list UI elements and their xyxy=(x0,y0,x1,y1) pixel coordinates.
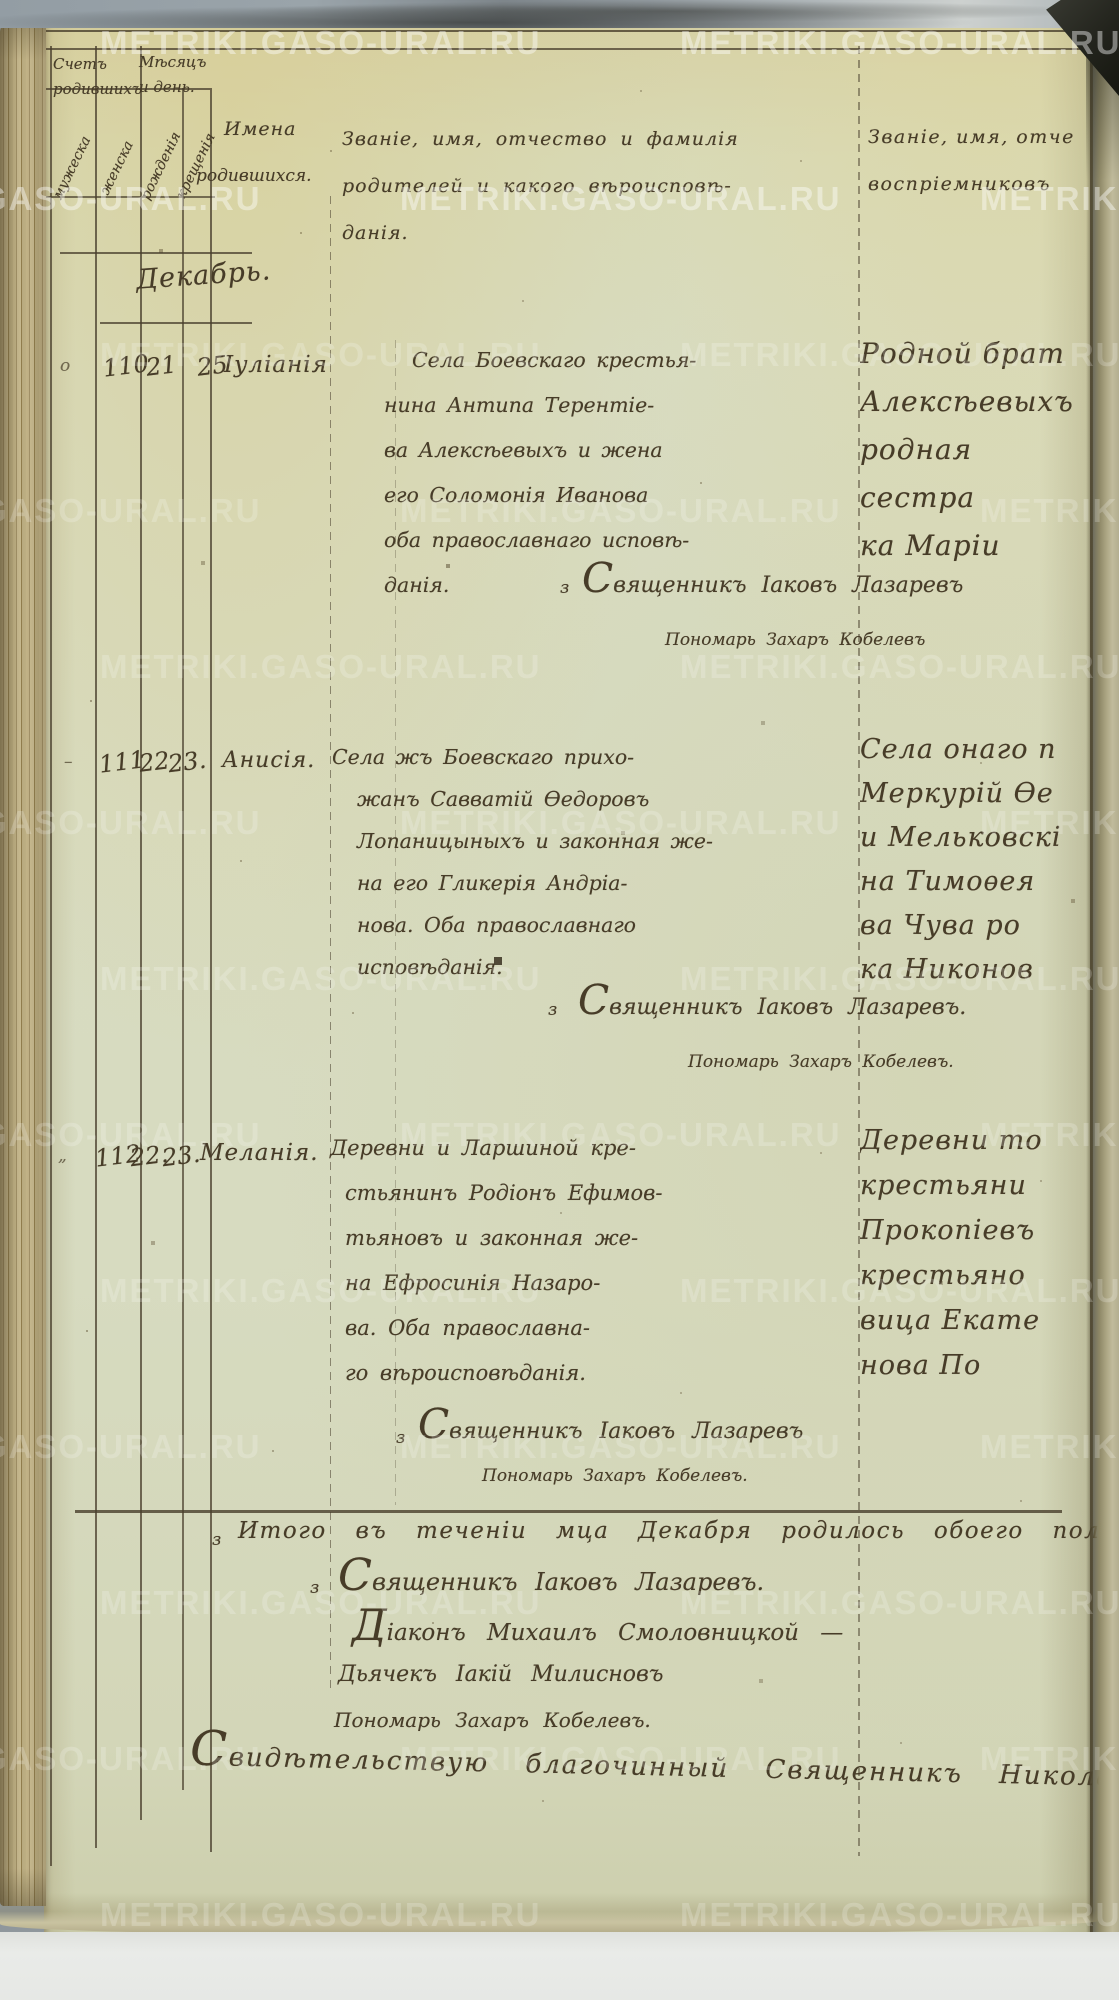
watermark-text: METRIKI.GASO-URAL.RU xyxy=(100,24,541,62)
table-rule-line xyxy=(95,46,97,1848)
parents-cell: Села жъ Боевскаго прихо- жанъ Савватій Ѳ… xyxy=(332,736,857,988)
watermark-text: METRIKI.GASO-URAL.RU xyxy=(100,1584,541,1622)
parents-cell: Деревни и Ларшиной кре- стьянинъ Родіонъ… xyxy=(330,1126,845,1396)
watermark-text: METRIKI.GASO-URAL.RU xyxy=(680,336,1119,374)
watermark-text: METRIKI.GASO-URAL.RU xyxy=(980,1428,1119,1466)
table-rule-line xyxy=(60,252,252,254)
summary-total-mark: з xyxy=(212,1530,221,1550)
watermark-text: METRIKI.GASO-URAL.RU xyxy=(400,804,841,842)
godparents-cell: Села онаго п Меркурій Ѳе и Мельковскі на… xyxy=(860,728,1092,992)
watermark-text: METRIKI.GASO-URAL.RU xyxy=(0,180,261,218)
watermark-text: METRIKI.GASO-URAL.RU xyxy=(0,1428,261,1466)
page-right-edge xyxy=(1086,22,1119,1994)
watermark-text: METRIKI.GASO-URAL.RU xyxy=(0,1116,261,1154)
watermark-text: METRIKI.GASO-URAL.RU xyxy=(400,1740,841,1778)
book-binding-edge xyxy=(0,22,46,1906)
watermark-text: METRIKI.GASO-URAL.RU xyxy=(680,1584,1119,1622)
summary-dyachek-signature: Дьячекъ Іакій Милисновъ xyxy=(338,1662,663,1687)
priest-signature: Священникъ Іаковъ Лазаревъ xyxy=(582,564,963,598)
summary-ponomar-signature: Пономарь Захаръ Кобелевъ. xyxy=(334,1708,651,1732)
watermark-text: METRIKI.GASO-URAL.RU xyxy=(680,960,1119,998)
table-rule-line xyxy=(100,322,252,324)
baptism-day-cell: 23. xyxy=(166,746,207,778)
watermark-text: METRIKI.GASO-URAL.RU xyxy=(0,804,261,842)
watermark-text: METRIKI.GASO-URAL.RU xyxy=(400,180,841,218)
signature-mark: з xyxy=(548,1000,557,1020)
summary-total-line: Итого въ теченіи мца Декабря родилось об… xyxy=(238,1518,1100,1544)
watermark-text: METRIKI.GASO-URAL.RU xyxy=(680,1896,1119,1934)
ponomar-signature: Пономарь Захаръ Кобелевъ. xyxy=(482,1466,748,1486)
table-rule-line xyxy=(140,46,142,1820)
margin-mark: о xyxy=(60,356,70,376)
background-bottom-strip xyxy=(0,1932,1119,2000)
name-cell: Анисія. xyxy=(222,748,315,773)
watermark-text: METRIKI.GASO-URAL.RU xyxy=(980,804,1119,842)
watermark-text: METRIKI.GASO-URAL.RU xyxy=(980,1116,1119,1154)
watermark-text: METRIKI.GASO-URAL.RU xyxy=(400,1116,841,1154)
watermark-text: METRIKI.GASO-URAL.RU xyxy=(680,1272,1119,1310)
watermark-text: METRIKI.GASO-URAL.RU xyxy=(680,24,1119,62)
watermark-text: METRIKI.GASO-URAL.RU xyxy=(400,1428,841,1466)
watermark-text: METRIKI.GASO-URAL.RU xyxy=(0,1740,261,1778)
ponomar-signature: Пономарь Захаръ Кобелевъ xyxy=(665,630,925,650)
watermark-text: METRIKI.GASO-URAL.RU xyxy=(980,1740,1119,1778)
watermark-text: METRIKI.GASO-URAL.RU xyxy=(400,492,841,530)
table-rule-line xyxy=(75,1510,1062,1513)
table-rule-line xyxy=(50,46,52,1866)
godparents-cell: Деревни то крестьяни Прокопіевъ крестьян… xyxy=(860,1118,1092,1388)
watermark-text: METRIKI.GASO-URAL.RU xyxy=(680,648,1119,686)
watermark-text: METRIKI.GASO-URAL.RU xyxy=(100,1896,541,1934)
table-rule-line xyxy=(330,196,331,1690)
watermark-text: METRIKI.GASO-URAL.RU xyxy=(100,960,541,998)
signature-mark: з xyxy=(560,578,569,598)
watermark-text: METRIKI.GASO-URAL.RU xyxy=(100,336,541,374)
watermark-text: METRIKI.GASO-URAL.RU xyxy=(100,648,541,686)
metric-book-scan: Счетъ родившихъ Мѣсяцъ и день. мужеска ж… xyxy=(0,0,1119,2000)
watermark-text: METRIKI.GASO-URAL.RU xyxy=(0,492,261,530)
watermark-text: METRIKI.GASO-URAL.RU xyxy=(980,180,1119,218)
watermark-text: METRIKI.GASO-URAL.RU xyxy=(100,1272,541,1310)
watermark-text: METRIKI.GASO-URAL.RU xyxy=(980,492,1119,530)
ponomar-signature: Пономарь Захаръ Кобелевъ. xyxy=(688,1052,954,1072)
margin-mark: – xyxy=(64,752,73,772)
header-names-title-1: Имена xyxy=(224,118,296,140)
